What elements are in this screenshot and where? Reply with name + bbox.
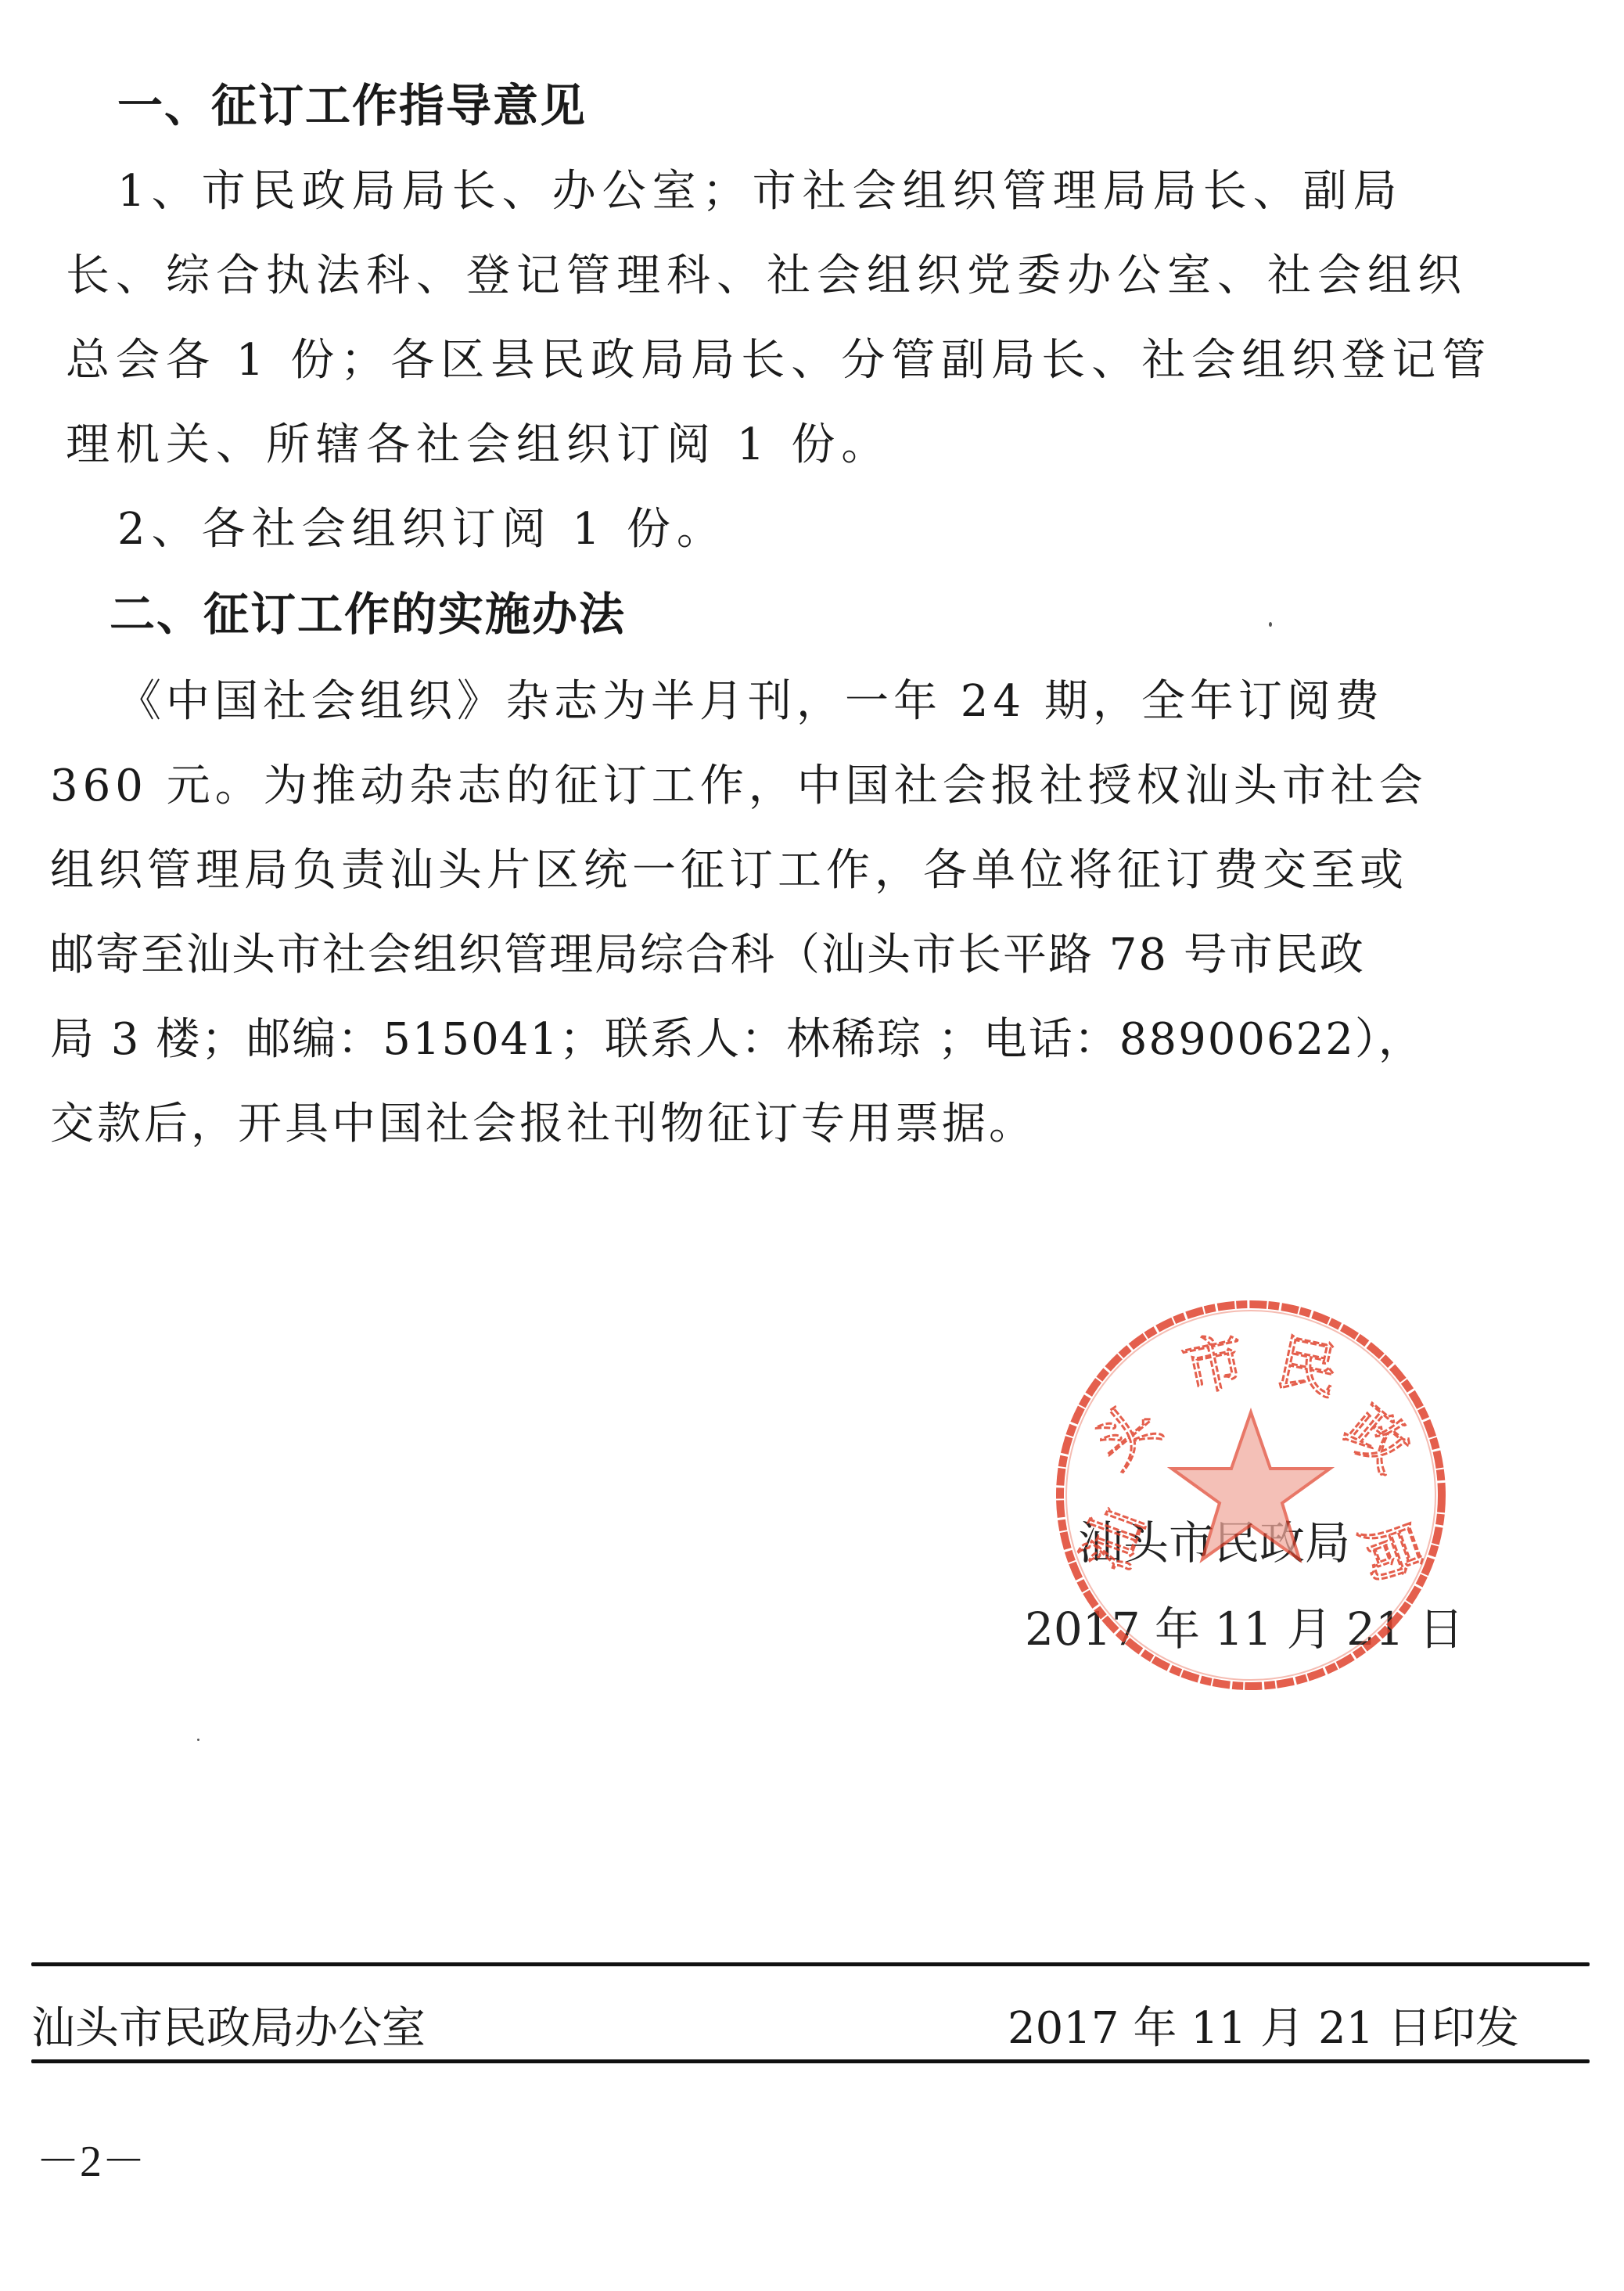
paragraph-line-1: 《中国社会组织》杂志为半月刊，一年 24 期，全年订阅费 (117, 674, 1384, 729)
paragraph-line-4: 邮寄至汕头市社会组织管理局综合科（汕头市长平路 78 号市民政 (50, 928, 1365, 983)
svg-text:民: 民 (1270, 1328, 1345, 1409)
scan-speck (1269, 622, 1272, 627)
item-1-line-2: 长、综合执法科、登记管理科、社会组织党委办公室、社会组织 (66, 249, 1468, 304)
svg-text:头: 头 (1082, 1388, 1175, 1482)
page-number: －2－ (36, 2127, 146, 2189)
section-2-heading: 二、征订工作的实施办法 (110, 587, 626, 642)
svg-text:政: 政 (1331, 1393, 1424, 1486)
item-2: 2、各社会组织订阅 1 份。 (117, 502, 727, 557)
item-1-line-3: 总会各 1 份；各区县民政局局长、分管副局长、社会组织登记管 (66, 333, 1492, 388)
document-page: 一、征订工作指导意见 1、市民政局局长、办公室；市社会组织管理局局长、副局 长、… (0, 0, 1624, 2291)
footer-issue-date: 2017 年 11 月 21 日印发 (1008, 1994, 1519, 2056)
item-1-line-1: 1、市民政局局长、办公室；市社会组织管理局局长、副局 (117, 164, 1403, 219)
section-1-heading: 一、征订工作指导意见 (117, 78, 587, 133)
footer-top-rule (31, 1962, 1590, 1966)
signature-organization: 汕头市民政局 (1078, 1506, 1350, 1572)
svg-text:局: 局 (1346, 1511, 1433, 1592)
paragraph-line-3: 组织管理局负责汕头片区统一征订工作，各单位将征订费交至或 (50, 843, 1408, 898)
signature-date: 2017 年 11 月 21 日 (1025, 1592, 1464, 1658)
item-1-line-4: 理机关、所辖各社会组织订阅 1 份。 (66, 418, 891, 473)
paragraph-line-5: 局 3 楼；邮编：515041；联系人：林稀琮 ；电话：88900622）， (50, 1012, 1424, 1067)
footer-bottom-rule (31, 2059, 1590, 2063)
paragraph-line-6: 交款后，开具中国社会报社刊物征订专用票据。 (50, 1097, 1036, 1152)
footer-issuer: 汕头市民政局办公室 (31, 1994, 426, 2056)
scan-speck (197, 1739, 199, 1741)
svg-text:市: 市 (1177, 1325, 1252, 1406)
paragraph-line-2: 360 元。为推动杂志的征订工作，中国社会报社授权汕头市社会 (50, 759, 1428, 814)
